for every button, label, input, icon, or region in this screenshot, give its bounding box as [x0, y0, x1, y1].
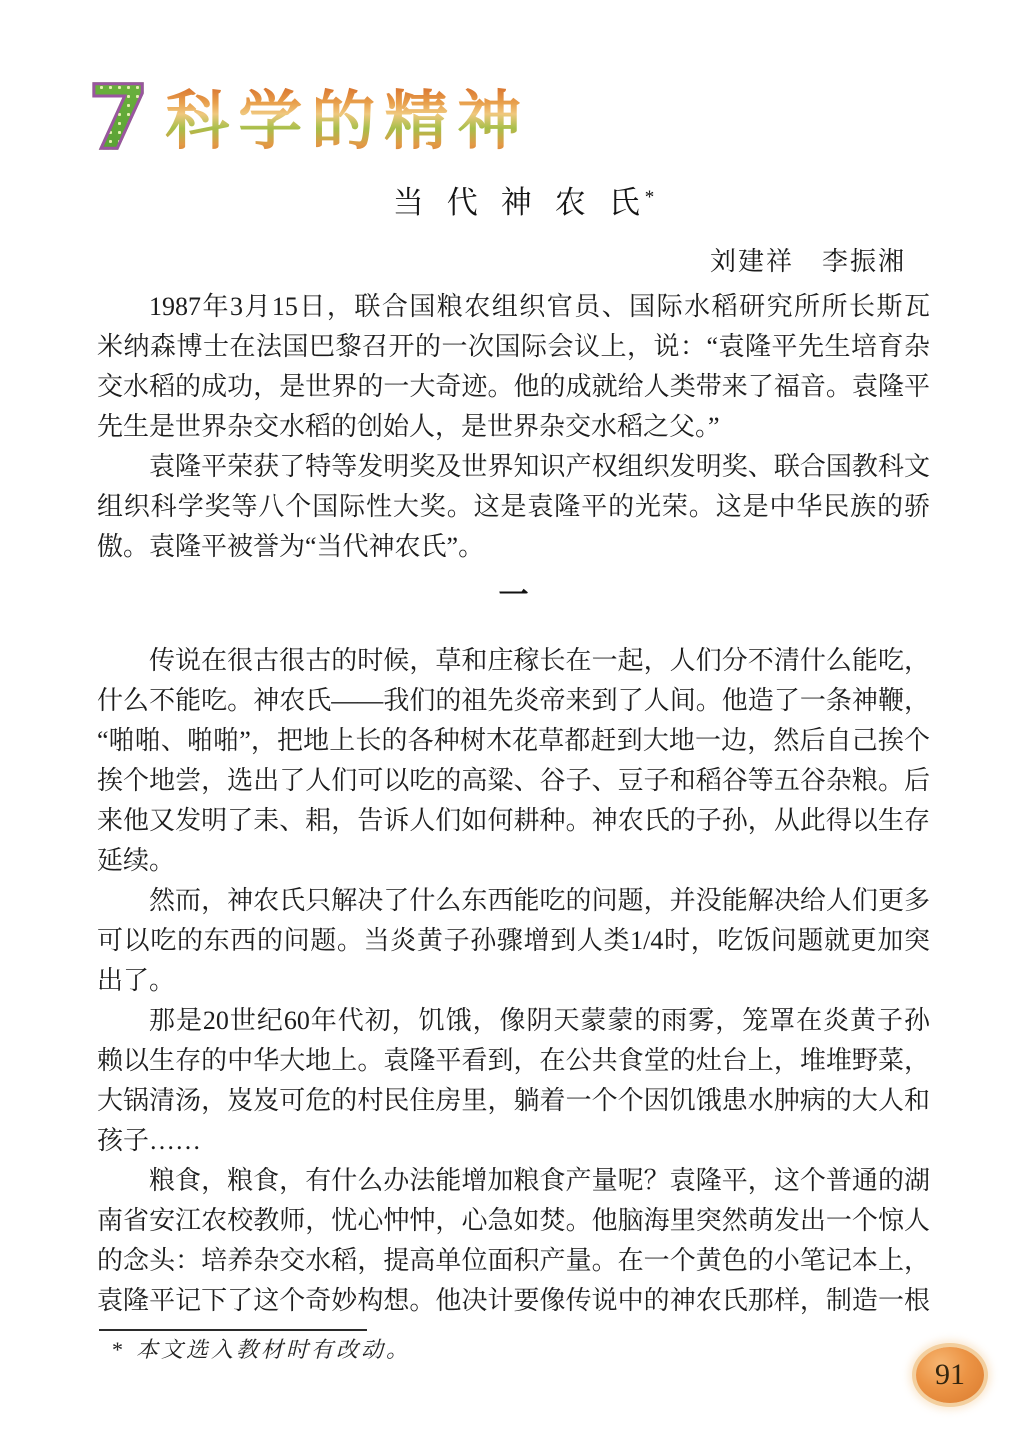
- text-line: 先生是世界杂交水稻的创始人，是世界杂交水稻之父。”: [97, 407, 930, 447]
- page-number: 91: [935, 1358, 965, 1392]
- footnote: *本文选入教材时有改动。: [112, 1335, 1024, 1365]
- paragraph: 1987年3月15日，联合国粮农组织官员、国际水稻研究所所长斯瓦 米纳森博士在法…: [97, 287, 930, 447]
- text-line: 那是20世纪60年代初，饥饿，像阴天蒙蒙的雨雾，笼罩在炎黄子孙: [97, 1001, 930, 1041]
- text-line: 赖以生存的中华大地上。袁隆平看到，在公共食堂的灶台上，堆堆野菜，: [97, 1041, 930, 1081]
- text-line: 大锅清汤，岌岌可危的村民住房里，躺着一个个因饥饿患水肿病的大人和: [97, 1081, 930, 1121]
- text-line: 1987年3月15日，联合国粮农组织官员、国际水稻研究所所长斯瓦: [97, 287, 930, 327]
- text-line: 袁隆平记下了这个奇妙构想。他决计要像传说中的神农氏那样，制造一根: [97, 1281, 930, 1321]
- article-title-text: 当代神农氏: [393, 185, 663, 220]
- text-line: 什么不能吃。神农氏——我们的祖先炎帝来到了人间。他造了一条神鞭，: [97, 681, 930, 721]
- paragraph: 袁隆平荣获了特等发明奖及世界知识产权组织发明奖、联合国教科文 组织科学奖等八个国…: [97, 447, 930, 567]
- article-title: 当代神农氏*: [0, 176, 1024, 220]
- footnote-text: 本文选入教材时有改动。: [136, 1337, 411, 1362]
- paragraph: 传说在很古很古的时候，草和庄稼长在一起，人们分不清什么能吃， 什么不能吃。神农氏…: [97, 641, 930, 881]
- text-line: 组织科学奖等八个国际性大奖。这是袁隆平的光荣。这是中华民族的骄: [97, 487, 930, 527]
- text-line: 傲。袁隆平被誉为“当代神农氏”。: [97, 527, 930, 567]
- text-line: 南省安江农校教师，忧心忡忡，心急如焚。他脑海里突然萌发出一个惊人: [97, 1201, 930, 1241]
- text-line: 粮食，粮食，有什么办法能增加粮食产量呢？袁隆平，这个普通的湖: [97, 1161, 930, 1201]
- text-line: 挨个地尝，选出了人们可以吃的高粱、谷子、豆子和稻谷等五谷杂粮。后: [97, 761, 930, 801]
- section-divider: 一: [97, 575, 930, 617]
- text-line: 交水稻的成功，是世界的一大奇迹。他的成就给人类带来了福音。袁隆平: [97, 367, 930, 407]
- text-line: 出了。: [97, 961, 930, 1001]
- text-line: 袁隆平荣获了特等发明奖及世界知识产权组织发明奖、联合国教科文: [97, 447, 930, 487]
- footnote-mark: *: [112, 1337, 126, 1362]
- authors: 刘建祥 李振湘: [0, 244, 906, 280]
- text-line: 孩子……: [97, 1121, 930, 1161]
- body-text: 1987年3月15日，联合国粮农组织官员、国际水稻研究所所长斯瓦 米纳森博士在法…: [97, 287, 930, 1321]
- text-line: 延续。: [97, 841, 930, 881]
- chapter-number: 7: [88, 74, 149, 162]
- text-line: 的念头：培养杂交水稻，提高单位面积产量。在一个黄色的小笔记本上，: [97, 1241, 930, 1281]
- text-line: “啪啪、啪啪”，把地上长的各种树木花草都赶到大地一边，然后自己挨个: [97, 721, 930, 761]
- footnote-rule: [99, 1329, 367, 1331]
- chapter-title: 科学的精神: [165, 82, 530, 162]
- text-line: 可以吃的东西的问题。当炎黄子孙骤增到人类1/4时，吃饭问题就更加突: [97, 921, 930, 961]
- text-line: 米纳森博士在法国巴黎召开的一次国际会议上，说：“袁隆平先生培育杂: [97, 327, 930, 367]
- page-number-badge: 91: [916, 1347, 984, 1403]
- paragraph: 然而，神农氏只解决了什么东西能吃的问题，并没能解决给人们更多 可以吃的东西的问题…: [97, 881, 930, 1001]
- paragraph: 粮食，粮食，有什么办法能增加粮食产量呢？袁隆平，这个普通的湖 南省安江农校教师，…: [97, 1161, 930, 1321]
- text-line: 然而，神农氏只解决了什么东西能吃的问题，并没能解决给人们更多: [97, 881, 930, 921]
- text-line: 传说在很古很古的时候，草和庄稼长在一起，人们分不清什么能吃，: [97, 641, 930, 681]
- chapter-header: 7 科学的精神: [88, 68, 1024, 162]
- textbook-page: 7 科学的精神 当代神农氏* 刘建祥 李振湘 1987年3月15日，联合国粮农组…: [0, 0, 1024, 1439]
- text-line: 来他又发明了耒、耜，告诉人们如何耕种。神农氏的子孙，从此得以生存: [97, 801, 930, 841]
- paragraph: 那是20世纪60年代初，饥饿，像阴天蒙蒙的雨雾，笼罩在炎黄子孙 赖以生存的中华大…: [97, 1001, 930, 1161]
- title-footnote-mark: *: [645, 187, 655, 208]
